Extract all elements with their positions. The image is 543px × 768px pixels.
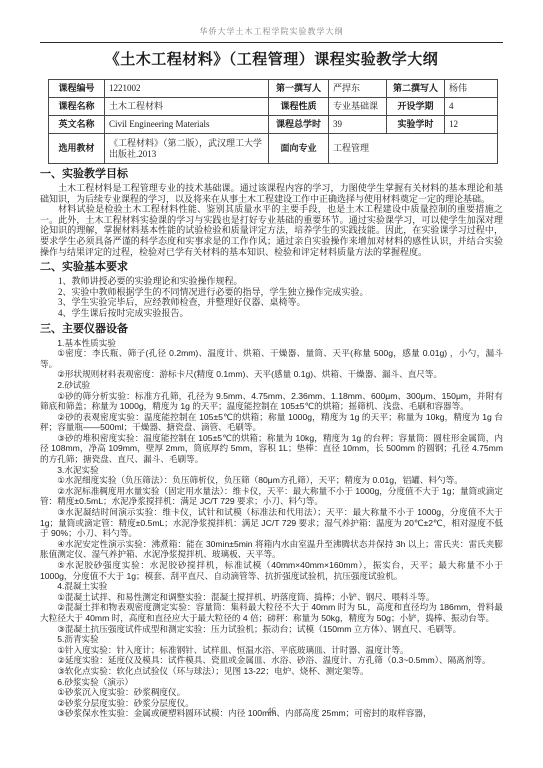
lab-hours-label: 实验学时 bbox=[387, 116, 445, 134]
header-divider bbox=[40, 42, 503, 43]
equipment-group-title: 1.基本性质实验 bbox=[40, 338, 503, 349]
equipment-item: ②混凝土拌和物表观密度测定实验：容量筒：集料最大粒径不大于 40mm 时为 5L… bbox=[40, 602, 503, 623]
equipment-item: ①砂浆沉入度实验：砂浆稠度仪。 bbox=[40, 687, 503, 698]
english-name-value: Civil Engineering Materials bbox=[105, 116, 269, 134]
equipment-item: ④水泥安定性演示实验：沸煮箱：能在 30min±5min 将箱内水由室温升至沸腾… bbox=[40, 539, 503, 560]
course-name-value: 土木工程材料 bbox=[105, 98, 269, 116]
table-row: 选用教材 《工程材料》（第二版），武汉理工大学出版社.2013 面向专业 工程管… bbox=[49, 134, 498, 164]
goals-paragraph-1: 土木工程材料是工程管理专业的技术基础课。通过该课程内容的学习，力图使学生掌握有关… bbox=[40, 183, 503, 204]
equipment-group-title: 3.水泥实验 bbox=[40, 465, 503, 476]
second-author-value: 杨伟 bbox=[445, 80, 498, 98]
textbook-label: 选用教材 bbox=[49, 134, 105, 164]
course-type-value: 专业基础课 bbox=[329, 98, 387, 116]
requirement-item: 1、教师讲授必要的实验理论和实验操作规程。 bbox=[40, 276, 503, 287]
semester-label: 开设学期 bbox=[387, 98, 445, 116]
total-hours-label: 课程总学时 bbox=[269, 116, 329, 134]
requirement-item: 4、学生课后按时完成实验报告。 bbox=[40, 308, 503, 319]
semester-value: 4 bbox=[445, 98, 498, 116]
equipment-item: ①混凝土试拌、和易性测定和调整实验：混凝土搅拌机、坍落度筒、捣棒；小铲、钢尺、喂… bbox=[40, 592, 503, 603]
equipment-item: ③混凝土抗压强度试件成型和测定实验：压力试验机；振动台；试模（150mm 立方体… bbox=[40, 624, 503, 635]
equipment-item: ②砂的表观密度实验：温度能控制在 105±5℃的烘箱；称量 1000g，精度为 … bbox=[40, 412, 503, 433]
equipment-item: ②延度实验：延度仪及模具：试件模具、瓷皿或金属皿、水浴、砂浴、温度计、方孔筛（0… bbox=[40, 655, 503, 666]
equipment-item: ①水泥细度实验（负压筛法）：负压筛析仪，负压筛（80μm方孔筛），天平；精度为 … bbox=[40, 475, 503, 486]
major-value: 工程管理 bbox=[329, 134, 498, 164]
section-requirements-heading: 二、实验基本要求 bbox=[40, 261, 503, 274]
section-goals: 一、实验教学目标 土木工程材料是工程管理专业的技术基础课。通过该课程内容的学习，… bbox=[40, 168, 503, 257]
equipment-item: ③水泥凝结时间演示实验：维卡仪，试针和试模（标准法和代用法）；天平：最大称量不小… bbox=[40, 507, 503, 539]
second-author-label: 第二撰写人 bbox=[387, 80, 445, 98]
equipment-item: ①针入度实验：针入度计；标准钢针、试样皿、恒温水浴、平底玻璃皿、计时器、温度计等… bbox=[40, 645, 503, 656]
equipment-item: ①密度：李氏瓶、筛子(孔径 0.2mm)、温度计、烘箱、干燥器、量筒、天平(称量… bbox=[40, 348, 503, 369]
table-row: 课程名称 土木工程材料 课程性质 专业基础课 开设学期 4 bbox=[49, 98, 498, 116]
page-content: 华侨大学土木工程学院实验教学大纲 《土木工程材料》（工程管理）课程实验教学大纲 … bbox=[0, 0, 543, 719]
first-author-value: 严捍东 bbox=[329, 80, 387, 98]
equipment-item: ③软化点实验：软化点试验仪（环与球法）；见图 13-22；电炉、烧杯、测定架等。 bbox=[40, 666, 503, 677]
equipment-item: ②形状规则材料表观密度：游标卡尺(精度 0.1mm)、天平(感量 0.1g)、烘… bbox=[40, 369, 503, 380]
section-equipment-heading: 三、主要仪器设备 bbox=[40, 323, 503, 336]
first-author-label: 第一撰写人 bbox=[269, 80, 329, 98]
course-id-value: 1221002 bbox=[105, 80, 269, 98]
running-header: 华侨大学土木工程学院实验教学大纲 bbox=[40, 27, 503, 37]
requirement-item: 3、学生实验完毕后，应经教师检查，并整理好仪器、桌椅等。 bbox=[40, 297, 503, 308]
lab-hours-value: 12 bbox=[445, 116, 498, 134]
section-requirements: 二、实验基本要求 1、教师讲授必要的实验理论和实验操作规程。 2、实验中教师根据… bbox=[40, 261, 503, 318]
equipment-group-title: 5.沥青实验 bbox=[40, 634, 503, 645]
table-row: 英文名称 Civil Engineering Materials 课程总学时 3… bbox=[49, 116, 498, 134]
equipment-item: ⑤水泥胶砂强度实验：水泥胶砂搅拌机，标准试模（40mm×40mm×160mm），… bbox=[40, 560, 503, 581]
page-title: 《土木工程材料》（工程管理）课程实验教学大纲 bbox=[40, 51, 503, 70]
equipment-item: ①砂的筛分析实验：标准方孔筛，孔径为 9.5mm、4.75mm、2.36mm、1… bbox=[40, 391, 503, 412]
section-goals-heading: 一、实验教学目标 bbox=[40, 168, 503, 181]
document-page: 华侨大学土木工程学院实验教学大纲 《土木工程材料》（工程管理）课程实验教学大纲 … bbox=[0, 0, 543, 768]
equipment-item: ③砂的堆积密度实验：温度能控制在 105±5℃的烘箱；称量为 10kg，精度为 … bbox=[40, 433, 503, 465]
equipment-item: ②水泥标准稠度用水量实验（固定用水量法）：维卡仪，天平：最大称量不小于 1000… bbox=[40, 486, 503, 507]
requirement-item: 2、实验中教师根据学生的不同情况进行必要的指导，学生独立操作完成实验。 bbox=[40, 287, 503, 298]
page-number: 46 bbox=[0, 706, 543, 716]
textbook-value: 《工程材料》（第二版），武汉理工大学出版社.2013 bbox=[105, 134, 269, 164]
major-label: 面向专业 bbox=[269, 134, 329, 164]
course-name-label: 课程名称 bbox=[49, 98, 105, 116]
equipment-group-title: 4.混凝土实验 bbox=[40, 581, 503, 592]
table-row: 课程编号 1221002 第一撰写人 严捍东 第二撰写人 杨伟 bbox=[49, 80, 498, 98]
course-id-label: 课程编号 bbox=[49, 80, 105, 98]
course-type-label: 课程性质 bbox=[269, 98, 329, 116]
equipment-group-title: 2.砂试验 bbox=[40, 380, 503, 391]
equipment-group-title: 6.砂浆实验（演示） bbox=[40, 677, 503, 688]
total-hours-value: 39 bbox=[329, 116, 387, 134]
goals-paragraph-2: 材料试验是检验土木工程材料性能、鉴别其质量水平的主要手段，也是土木工程建设中质量… bbox=[40, 204, 503, 257]
english-name-label: 英文名称 bbox=[49, 116, 105, 134]
course-info-table: 课程编号 1221002 第一撰写人 严捍东 第二撰写人 杨伟 课程名称 土木工… bbox=[48, 79, 498, 164]
section-equipment: 三、主要仪器设备 1.基本性质实验 ①密度：李氏瓶、筛子(孔径 0.2mm)、温… bbox=[40, 323, 503, 719]
